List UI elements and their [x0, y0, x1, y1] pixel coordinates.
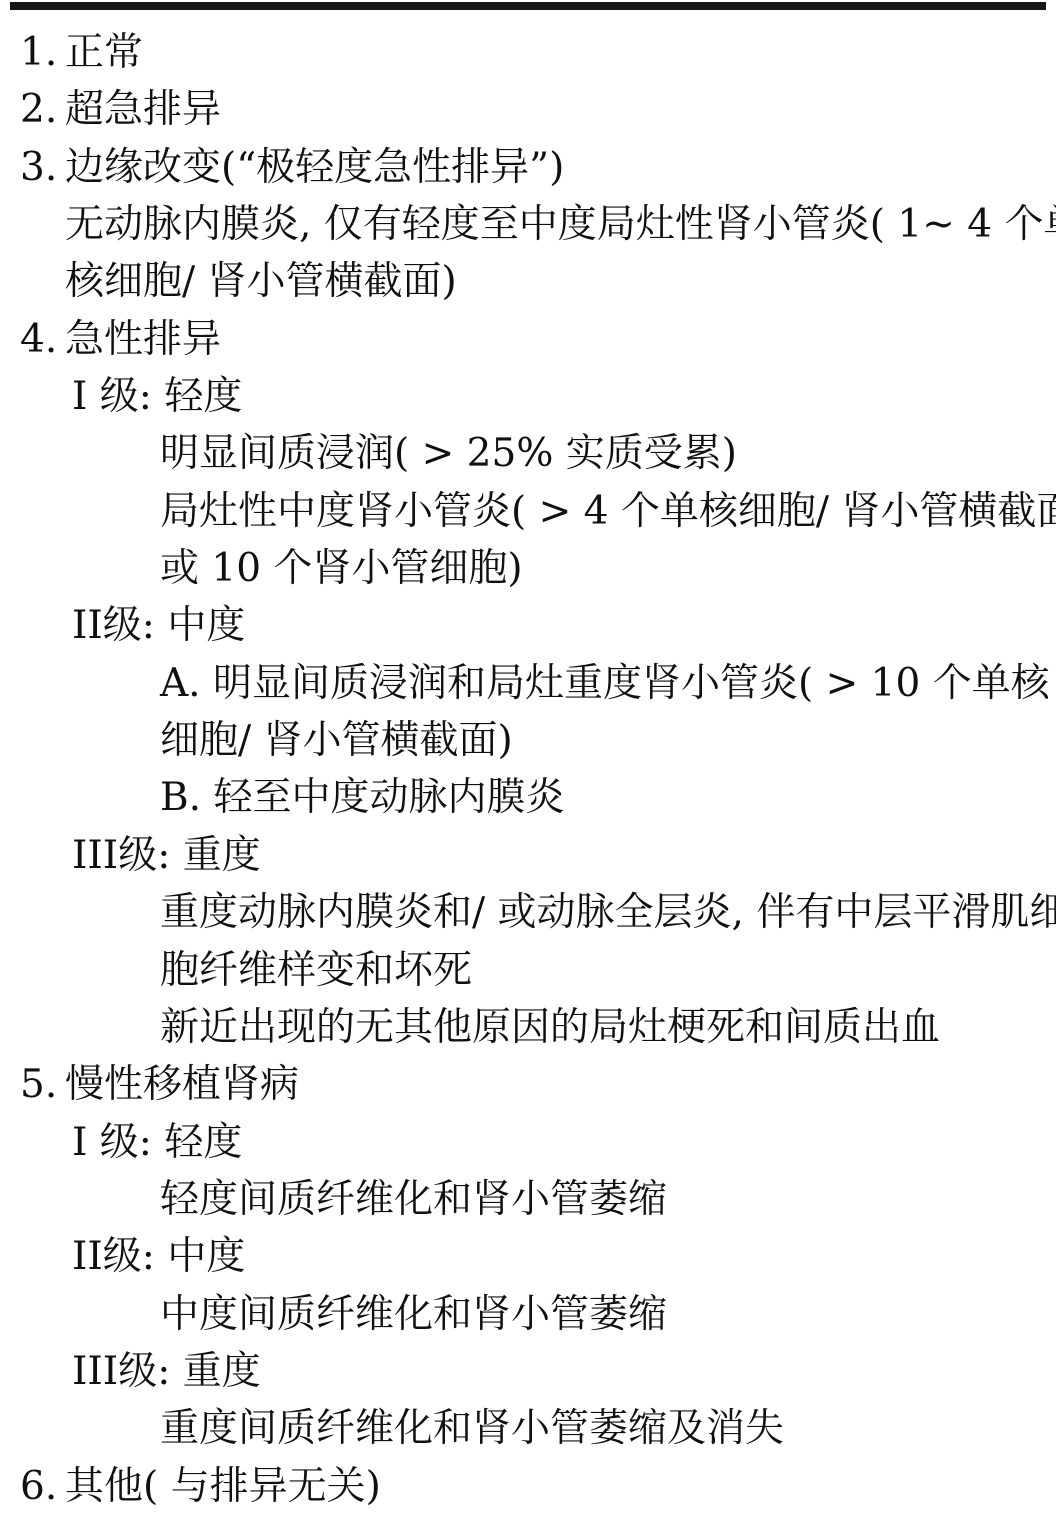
list-line: 无动脉内膜炎, 仅有轻度至中度局灶性肾小管炎( 1~ 4 个单	[0, 196, 1056, 253]
list-line: II级: 中度	[0, 597, 1056, 654]
list-line: B. 轻至中度动脉内膜炎	[0, 769, 1056, 826]
list-line: 1. 正常	[0, 24, 1056, 81]
line-number: 6.	[20, 1458, 65, 1515]
list-line: 或 10 个肾小管细胞)	[0, 540, 1056, 597]
line-text: A. 明显间质浸润和局灶重度肾小管炎( > 10 个单核	[160, 655, 1050, 712]
line-text: 中度间质纤维化和肾小管萎缩	[160, 1286, 667, 1343]
list-line: 明显间质浸润( > 25% 实质受累)	[0, 425, 1056, 482]
line-text: 正常	[65, 24, 143, 81]
list-line: III级: 重度	[0, 1343, 1056, 1400]
line-text: I 级: 轻度	[72, 1114, 242, 1171]
list-line: I 级: 轻度	[0, 1114, 1056, 1171]
line-text: 核细胞/ 肾小管横截面)	[65, 253, 457, 310]
list-line: 细胞/ 肾小管横截面)	[0, 712, 1056, 769]
line-number: 3.	[20, 139, 65, 196]
document-lines: 1. 正常 2. 超急排异 3. 边缘改变(“极轻度急性排异”) 无动脉内膜炎,…	[0, 24, 1056, 1515]
line-text: III级: 重度	[72, 827, 261, 884]
list-line: 中度间质纤维化和肾小管萎缩	[0, 1286, 1056, 1343]
list-line: 局灶性中度肾小管炎( > 4 个单核细胞/ 肾小管横截面	[0, 483, 1056, 540]
line-text: 无动脉内膜炎, 仅有轻度至中度局灶性肾小管炎( 1~ 4 个单	[65, 196, 1056, 253]
line-text: 慢性移植肾病	[65, 1056, 299, 1113]
line-text: 新近出现的无其他原因的局灶梗死和间质出血	[160, 999, 940, 1056]
line-text: I 级: 轻度	[72, 368, 242, 425]
list-line: 核细胞/ 肾小管横截面)	[0, 253, 1056, 310]
line-text: II级: 中度	[72, 597, 245, 654]
line-text: 胞纤维样变和坏死	[160, 942, 472, 999]
document-page: 1. 正常 2. 超急排异 3. 边缘改变(“极轻度急性排异”) 无动脉内膜炎,…	[0, 0, 1056, 1527]
line-text: 细胞/ 肾小管横截面)	[160, 712, 513, 769]
top-rule	[10, 2, 1046, 10]
line-text: III级: 重度	[72, 1343, 261, 1400]
list-line: 6. 其他( 与排异无关)	[0, 1458, 1056, 1515]
line-number: 2.	[20, 81, 65, 138]
line-text: 重度间质纤维化和肾小管萎缩及消失	[160, 1400, 784, 1457]
line-text: II级: 中度	[72, 1228, 245, 1285]
list-line: 2. 超急排异	[0, 81, 1056, 138]
line-text: 其他( 与排异无关)	[65, 1458, 381, 1515]
list-line: I 级: 轻度	[0, 368, 1056, 425]
list-line: 新近出现的无其他原因的局灶梗死和间质出血	[0, 999, 1056, 1056]
list-line: 重度间质纤维化和肾小管萎缩及消失	[0, 1400, 1056, 1457]
line-number: 4.	[20, 311, 65, 368]
line-text: 或 10 个肾小管细胞)	[160, 540, 523, 597]
list-line: A. 明显间质浸润和局灶重度肾小管炎( > 10 个单核	[0, 655, 1056, 712]
line-text: B. 轻至中度动脉内膜炎	[160, 769, 564, 826]
line-text: 超急排异	[65, 81, 221, 138]
list-line: 轻度间质纤维化和肾小管萎缩	[0, 1171, 1056, 1228]
list-line: III级: 重度	[0, 827, 1056, 884]
line-text: 急性排异	[65, 311, 221, 368]
list-line: 4. 急性排异	[0, 311, 1056, 368]
line-text: 边缘改变(“极轻度急性排异”)	[65, 139, 564, 196]
line-number: 5.	[20, 1056, 65, 1113]
line-text: 轻度间质纤维化和肾小管萎缩	[160, 1171, 667, 1228]
list-line: 胞纤维样变和坏死	[0, 942, 1056, 999]
list-line: II级: 中度	[0, 1228, 1056, 1285]
line-number: 1.	[20, 24, 65, 81]
list-line: 重度动脉内膜炎和/ 或动脉全层炎, 伴有中层平滑肌细	[0, 884, 1056, 941]
list-line: 3. 边缘改变(“极轻度急性排异”)	[0, 139, 1056, 196]
line-text: 重度动脉内膜炎和/ 或动脉全层炎, 伴有中层平滑肌细	[160, 884, 1056, 941]
line-text: 明显间质浸润( > 25% 实质受累)	[160, 425, 737, 482]
list-line: 5. 慢性移植肾病	[0, 1056, 1056, 1113]
line-text: 局灶性中度肾小管炎( > 4 个单核细胞/ 肾小管横截面	[160, 483, 1056, 540]
